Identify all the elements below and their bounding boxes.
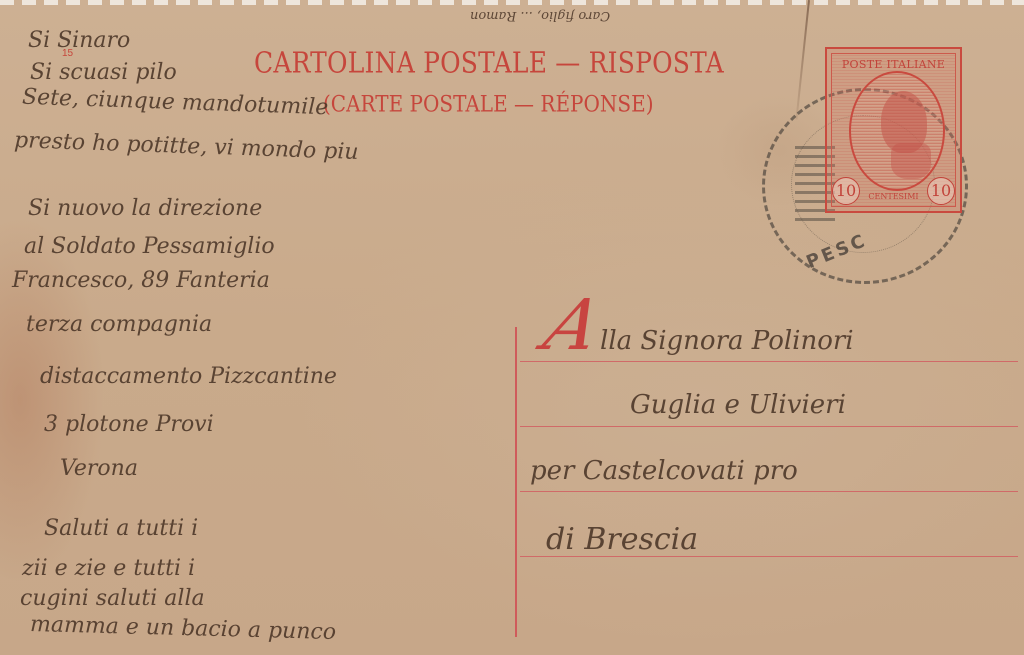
message-line: cugini saluti alla [20, 586, 205, 611]
serrated-top-edge [0, 0, 1024, 5]
address-line: di Brescia [546, 522, 698, 557]
address-rule-2 [520, 426, 1018, 427]
address-line: lla Signora Polinori [600, 326, 854, 356]
message-line: zii e zie e tutti i [22, 556, 195, 581]
address-vertical-rule [515, 327, 517, 637]
postage-stamp: POSTE ITALIANE 10 CENTESIMI 10 [825, 47, 962, 213]
card-subtitle: (CARTE POSTALE — RÉPONSE) [323, 90, 654, 117]
stamp-portrait-oval [849, 71, 945, 191]
message-line: Sete, ciunque mandotumile [22, 85, 329, 121]
message-line: terza compagnia [26, 312, 212, 337]
message-line: presto ho potitte, vi mondo piu [14, 128, 359, 165]
address-rule-3 [520, 491, 1018, 492]
postcard: 15 CARTOLINA POSTALE — RISPOSTA (CARTE P… [0, 0, 1024, 655]
address-line: Guglia e Ulivieri [630, 390, 846, 420]
card-title: CARTOLINA POSTALE — RISPOSTA [254, 46, 724, 79]
paper-crease [795, 0, 810, 120]
message-line: Si scuasi pilo [30, 60, 177, 85]
message-line: Saluti a tutti i [44, 516, 198, 541]
stamp-country-text: POSTE ITALIANE [827, 58, 960, 71]
message-line: 3 plotone Provi [44, 412, 214, 437]
stamp-value-right: 10 [927, 177, 955, 205]
message-line: Si Sinaro [28, 28, 130, 53]
message-line: distaccamento Pizzcantine [40, 364, 337, 389]
message-line: Francesco, 89 Fanteria [12, 268, 270, 293]
upside-down-note: Caro figlio, ... Ramon [470, 8, 610, 23]
address-rule-1 [520, 361, 1018, 362]
message-line: Verona [60, 456, 138, 481]
portrait-neck [891, 143, 931, 179]
message-line: Si nuovo la direzione [28, 196, 262, 221]
stamp-denomination-text: CENTESIMI [861, 192, 926, 201]
message-line: al Soldato Pessamiglio [24, 234, 275, 259]
message-line: mamma e un bacio a punco [30, 612, 337, 645]
address-line: per Castelcovati pro [530, 456, 798, 486]
stamp-value-left: 10 [832, 177, 860, 205]
